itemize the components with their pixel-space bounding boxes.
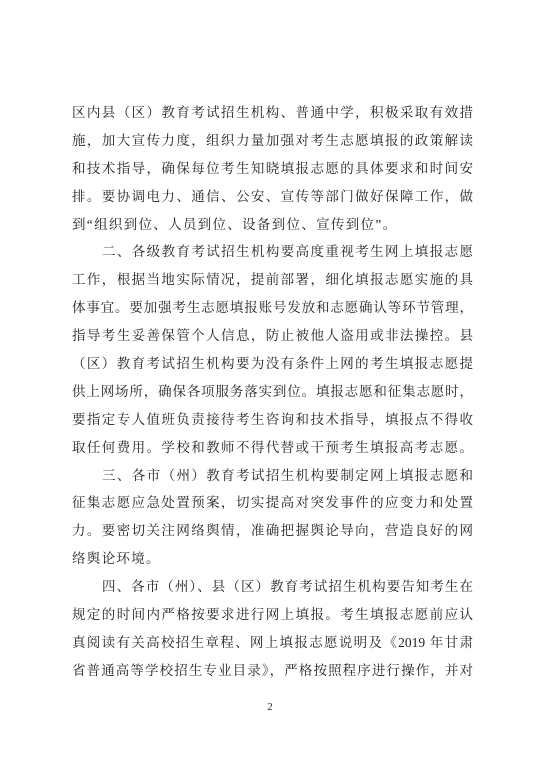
text-line: 供上网场所，确保各项服务落实到位。填报志愿和征集志愿时， [72, 378, 473, 406]
text-line: 三、各市（州）教育考试招生机构要制定网上填报志愿和 [72, 462, 473, 490]
text-line: 体事宜。要加强考生志愿填报账号发放和志愿确认等环节管理， [72, 294, 473, 322]
text-line: 排。要协调电力、通信、公安、宣传等部门做好保障工作，做 [72, 183, 473, 211]
text-line: 络舆论环境。 [72, 545, 473, 573]
text-line: 力。要密切关注网络舆情，准确把握舆论导向，营造良好的网 [72, 517, 473, 545]
text-line: 二、各级教育考试招生机构要高度重视考生网上填报志愿 [72, 238, 473, 266]
text-line: 征集志愿应急处置预案，切实提高对突发事件的应变力和处置 [72, 489, 473, 517]
text-line: 工作，根据当地实际情况，提前部署，细化填报志愿实施的具 [72, 266, 473, 294]
text-line: 区内县（区）教育考试招生机构、普通中学，积极采取有效措 [72, 99, 473, 127]
text-line: 要指定专人值班负责接待考生咨询和技术指导，填报点不得收 [72, 406, 473, 434]
text-line: 规定的时间内严格按要求进行网上填报。考生填报志愿前应认 [72, 601, 473, 629]
text-line: 指导考生妥善保管个人信息，防止被他人盗用或非法操控。县 [72, 322, 473, 350]
text-line: 到“组织到位、人员到位、设备到位、宣传到位”。 [72, 211, 473, 239]
text-line: 和技术指导，确保每位考生知晓填报志愿的具体要求和时间安 [72, 155, 473, 183]
text-line: （区）教育考试招生机构要为没有条件上网的考生填报志愿提 [72, 350, 473, 378]
body-text: 区内县（区）教育考试招生机构、普通中学，积极采取有效措施，加大宣传力度，组织力量… [72, 99, 473, 685]
text-line: 省普通高等学校招生专业目录》，严格按照程序进行操作，并对 [72, 657, 473, 685]
page-number: 2 [0, 700, 540, 714]
text-line: 取任何费用。学校和教师不得代替或干预考生填报高考志愿。 [72, 434, 473, 462]
document-page: 区内县（区）教育考试招生机构、普通中学，积极采取有效措施，加大宣传力度，组织力量… [0, 0, 540, 763]
text-line: 真阅读有关高校招生章程、网上填报志愿说明及《2019 年甘肃 [72, 629, 473, 657]
text-line: 施，加大宣传力度，组织力量加强对考生志愿填报的政策解读 [72, 127, 473, 155]
text-line: 四、各市（州）、县（区）教育考试招生机构要告知考生在 [72, 573, 473, 601]
